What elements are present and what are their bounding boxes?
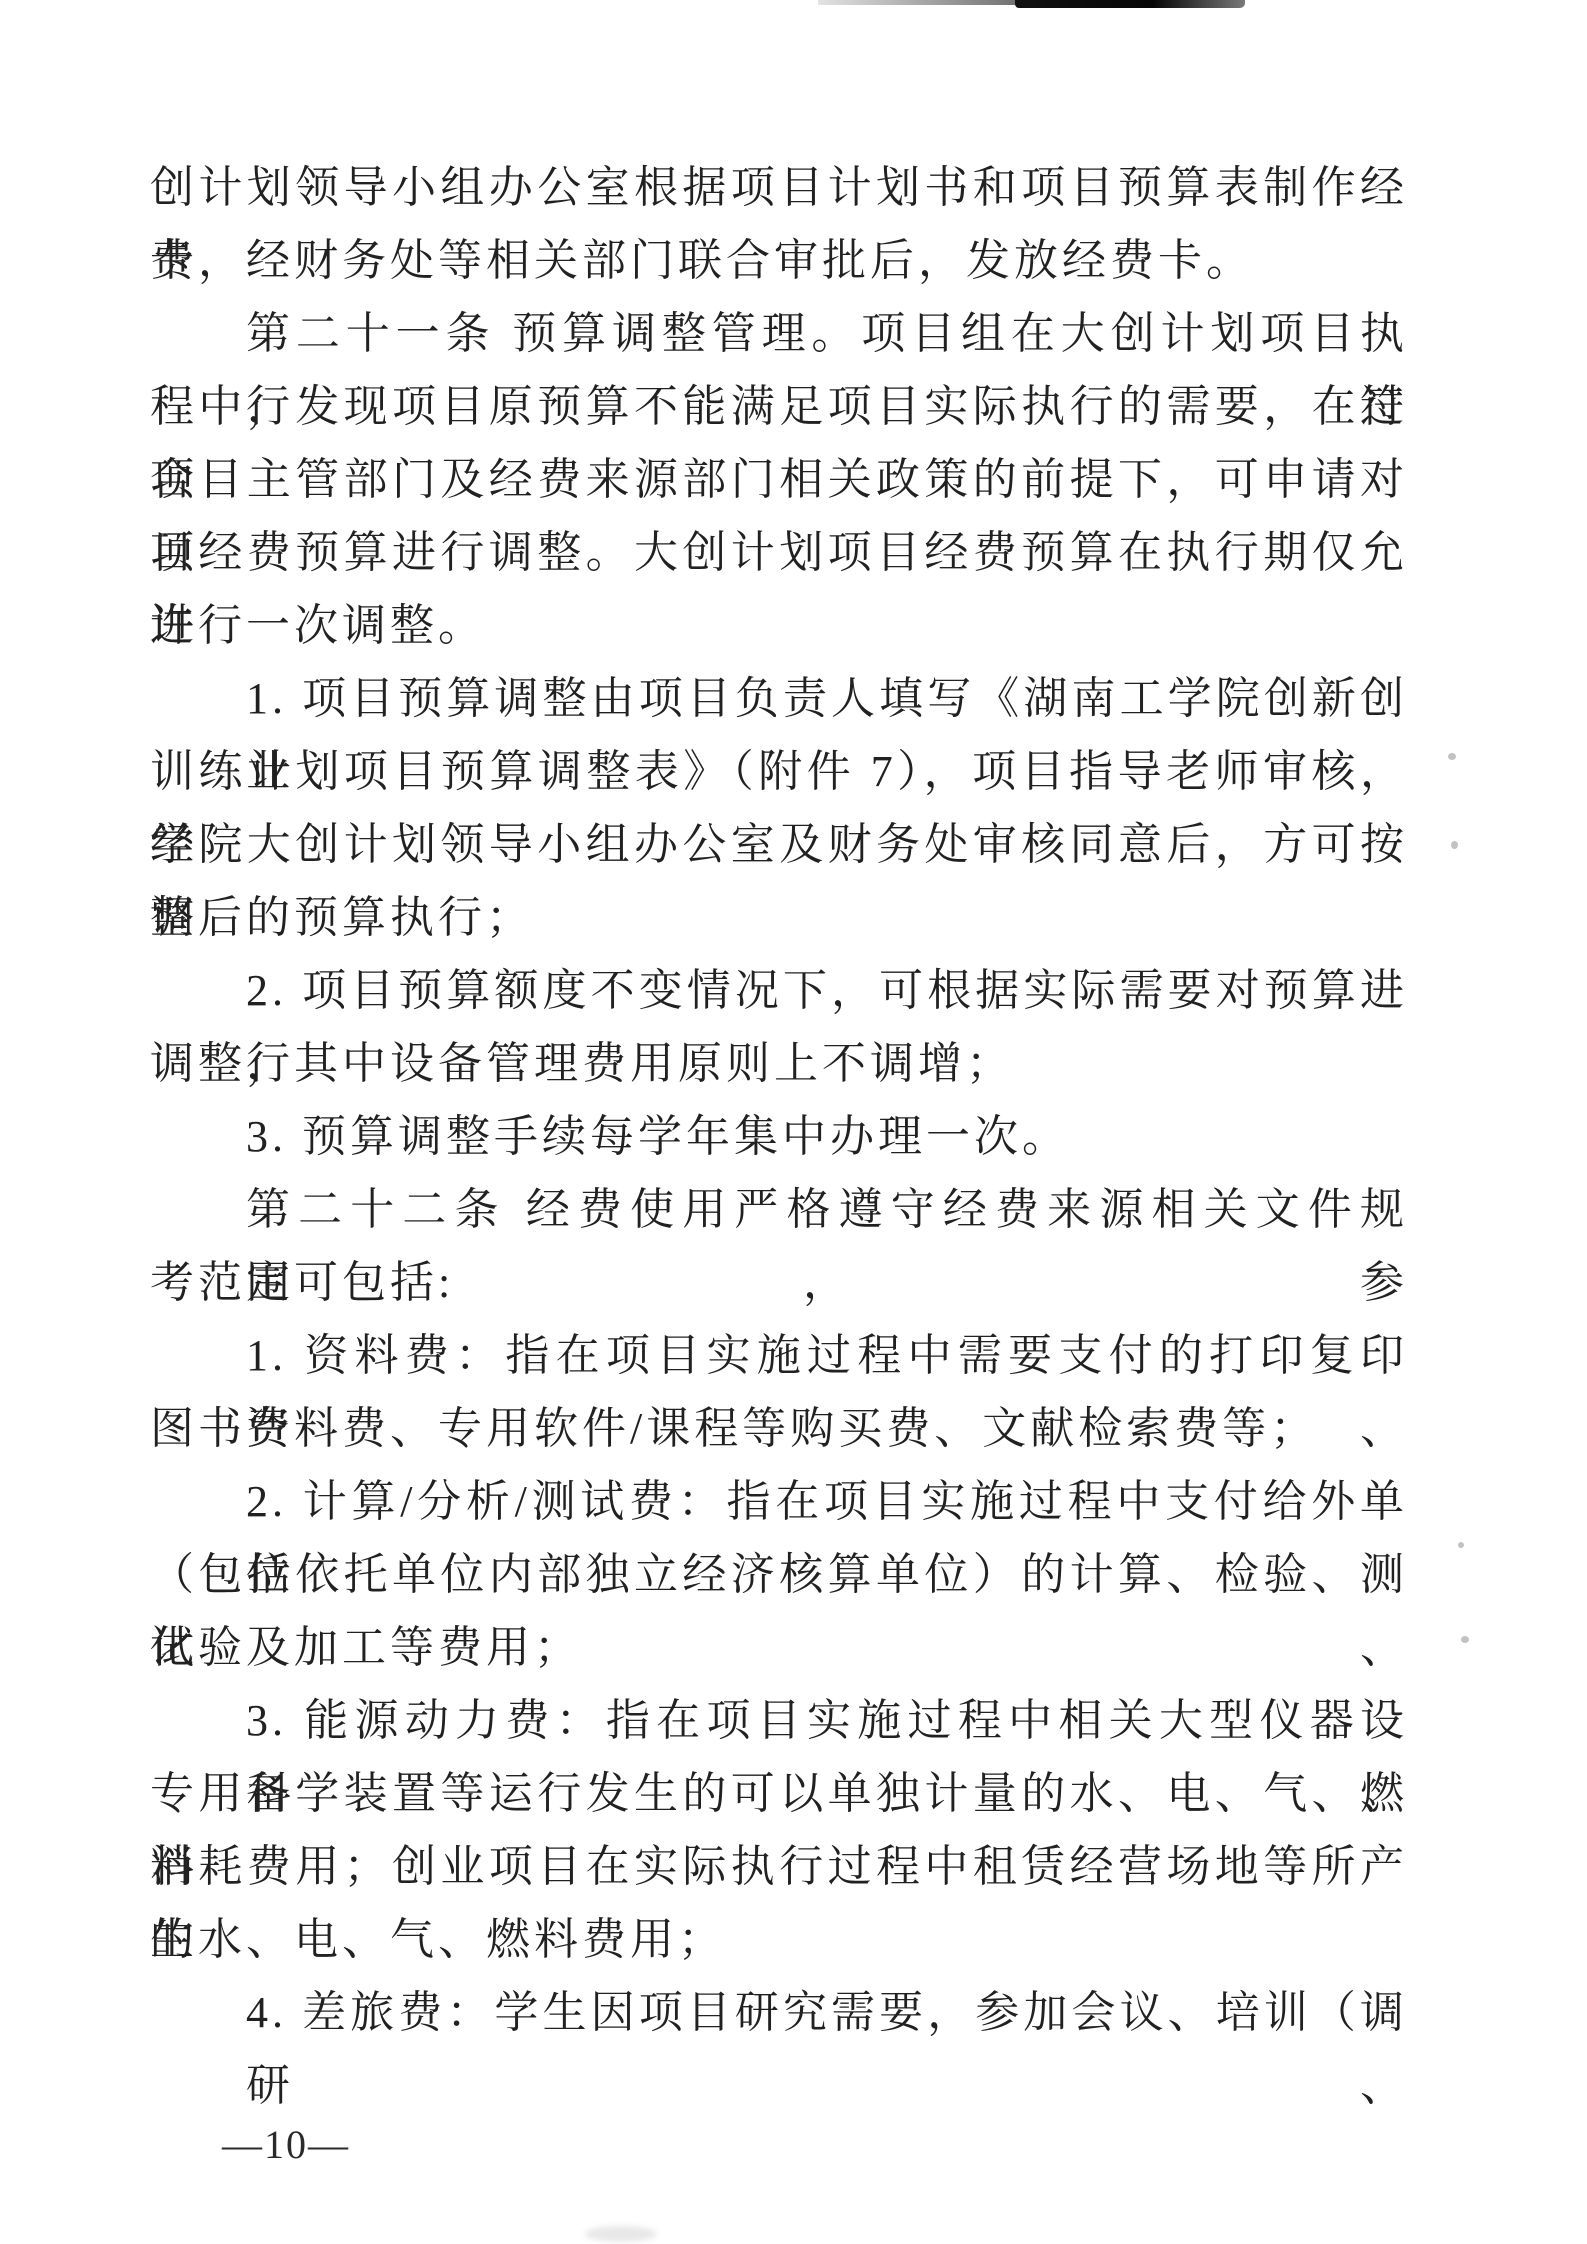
text-line: 第二十二条 经费使用严格遵守经费来源相关文件规定，参 xyxy=(150,1173,1408,1246)
text-line: 目经费预算进行调整。大创计划项目经费预算在执行期仅允许 xyxy=(150,516,1408,589)
text-line: 的水、电、气、燃料费用； xyxy=(150,1903,1408,1976)
text-line: 3. 预算调整手续每学年集中办理一次。 xyxy=(150,1100,1408,1173)
scan-speckle xyxy=(1448,753,1456,760)
scanned-document-page: { "meta": { "ink_color": "#212121", "bac… xyxy=(0,0,1587,2244)
text-line: 训练计划项目预算调整表》（附件 7），项目指导老师审核，经 xyxy=(150,735,1408,808)
text-line: 整后的预算执行； xyxy=(150,881,1408,954)
page-number: —10— xyxy=(222,2122,350,2168)
text-line: 1. 项目预算调整由项目负责人填写《湖南工学院创新创业 xyxy=(150,662,1408,735)
text-line: 进行一次调整。 xyxy=(150,589,1408,662)
text-line: （包括依托单位内部独立经济核算单位）的计算、检验、测试、 xyxy=(150,1538,1408,1611)
text-line: 专用科学装置等运行发生的可以单独计量的水、电、气、燃料 xyxy=(150,1757,1408,1830)
text-line: 2. 项目预算额度不变情况下，可根据实际需要对预算进行 xyxy=(150,954,1408,1027)
text-line: 2. 计算/分析/测试费：指在项目实施过程中支付给外单位 xyxy=(150,1465,1408,1538)
scan-artifact-top-edge-dark xyxy=(1015,0,1245,8)
text-line: 创计划领导小组办公室根据项目计划书和项目预算表制作经费 xyxy=(150,151,1408,224)
text-line: 图书资料费、专用软件/课程等购买费、文献检索费等； xyxy=(150,1392,1408,1465)
text-line: 3. 能源动力费：指在项目实施过程中相关大型仪器设备、 xyxy=(150,1684,1408,1757)
text-line: 学院大创计划领导小组办公室及财务处审核同意后，方可按调 xyxy=(150,808,1408,881)
text-line: 4. 差旅费：学生因项目研究需要，参加会议、培训（调研、 xyxy=(150,1976,1408,2049)
text-line: 程中，发现项目原预算不能满足项目实际执行的需要，在符合 xyxy=(150,370,1408,443)
text-line: 第二十一条 预算调整管理。项目组在大创计划项目执行过 xyxy=(150,297,1408,370)
scan-speckle xyxy=(1451,841,1458,849)
scan-smudge-bottom xyxy=(585,2226,657,2242)
text-line: 卡，经财务处等相关部门联合审批后，发放经费卡。 xyxy=(150,224,1408,297)
document-text-block: 创计划领导小组办公室根据项目计划书和项目预算表制作经费 卡，经财务处等相关部门联… xyxy=(150,151,1408,2049)
text-line: 项目主管部门及经费来源部门相关政策的前提下，可申请对项 xyxy=(150,443,1408,516)
text-line: 1. 资料费：指在项目实施过程中需要支付的打印复印费、 xyxy=(150,1319,1408,1392)
text-line: 调整，其中设备管理费用原则上不调增； xyxy=(150,1027,1408,1100)
scan-speckle xyxy=(1461,1636,1469,1643)
text-line: 消耗费用；创业项目在实际执行过程中租赁经营场地等所产生 xyxy=(150,1830,1408,1903)
scan-speckle xyxy=(1458,1542,1464,1548)
